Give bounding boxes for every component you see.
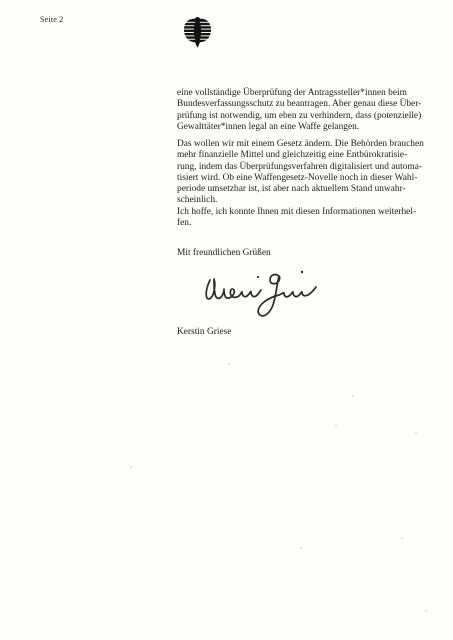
handwritten-signature: [196, 266, 326, 322]
closing-formula: Mit freundlichen Grüßen: [177, 248, 271, 259]
letter-page: Seite 2 eine vollständige Überprüfung de…: [0, 0, 453, 640]
letter-paragraph: eine vollständige Überprüfung der Antrag…: [177, 88, 421, 133]
page-number-label: Seite 2: [40, 15, 63, 24]
bundestag-eagle-icon: [183, 15, 212, 48]
letter-paragraph: Das wollen wir mit einem Gesetz ändern. …: [177, 139, 424, 207]
letter-paragraph: Ich hoffe, ich konnte Ihnen mit diesen I…: [177, 207, 416, 230]
signer-name: Kerstin Griese: [177, 327, 231, 337]
